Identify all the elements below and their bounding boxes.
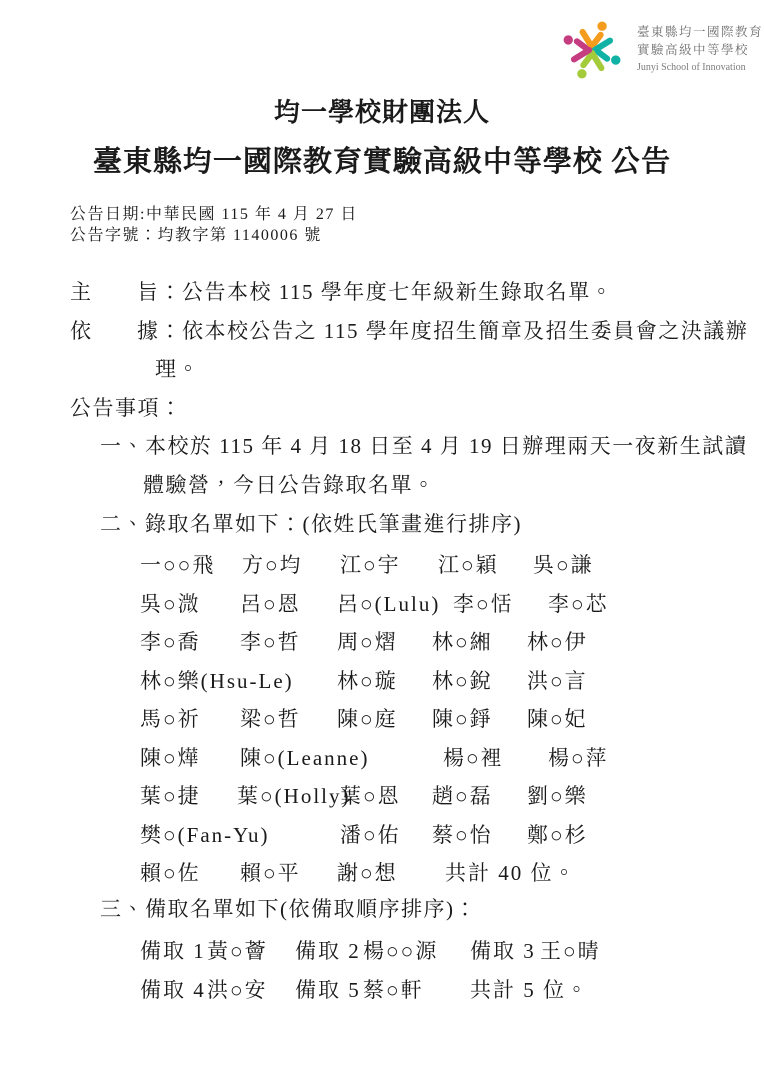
announcement-date: 公告日期:中華民國 115 年 4 月 27 日 (70, 201, 358, 224)
name-entry: 陳○(Leanne) (240, 742, 369, 772)
admitted-row: 吳○溦呂○恩呂○(Lulu)李○恬李○芯 (0, 588, 764, 618)
name-entry: 李○喬 (140, 626, 201, 656)
school-logo: 臺東縣均一國際教育 實驗高級中等學校 Junyi School of Innov… (556, 14, 763, 86)
subject-label-first: 主 (70, 279, 93, 306)
admitted-row: 賴○佐賴○平謝○想共計 40 位。 (0, 857, 764, 887)
name-entry: 洪○言 (527, 665, 588, 695)
name-entry: 共計 5 位。 (470, 974, 589, 1004)
name-entry: 趙○磊 (432, 780, 493, 810)
name-entry: 葉○捷 (140, 780, 201, 810)
name-entry: 樊○(Fan-Yu) (140, 819, 270, 849)
name-entry: 洪○安 (207, 974, 268, 1004)
name-entry: 葉○恩 (340, 780, 401, 810)
logo-school-name-line2: 實驗高級中等學校 (637, 41, 763, 59)
logo-school-name-line1: 臺東縣均一國際教育 (637, 23, 763, 41)
admitted-row: 林○樂(Hsu-Le)林○璇林○銳洪○言 (0, 665, 764, 695)
name-entry: 劉○樂 (527, 780, 588, 810)
item1-line2-text: 體驗營，今日公告錄取名單。 (143, 472, 436, 499)
waitlist-row: 備取 1黃○薈備取 2楊○○源備取 3王○晴 (0, 935, 764, 965)
basis-label-first: 依 (70, 318, 93, 345)
item3-heading-text: 三、備取名單如下(依備取順序排序)： (100, 896, 477, 923)
name-entry: 葉○(Holly) (237, 780, 351, 810)
name-entry: 林○樂(Hsu-Le) (140, 665, 294, 695)
waitlist-row: 備取 4洪○安備取 5蔡○軒共計 5 位。 (0, 974, 764, 1004)
name-entry: 備取 2 (295, 935, 361, 965)
name-entry: 陳○錚 (432, 703, 493, 733)
name-entry: 呂○(Lulu) (337, 588, 440, 618)
name-entry: 陳○妃 (527, 703, 588, 733)
name-entry: 賴○佐 (140, 857, 201, 887)
admitted-row: 陳○燁陳○(Leanne)楊○裡楊○萍 (0, 742, 764, 772)
items-heading-text: 公告事項： (70, 395, 183, 422)
name-entry: 吳○溦 (140, 588, 201, 618)
name-entry: 吳○謙 (533, 549, 594, 579)
name-entry: 林○伊 (527, 626, 588, 656)
name-entry: 江○宇 (340, 549, 401, 579)
school-logo-text: 臺東縣均一國際教育 實驗高級中等學校 Junyi School of Innov… (637, 14, 763, 75)
admitted-row: 一○○飛方○均江○宇江○穎吳○謙 (0, 549, 764, 579)
name-entry: 林○銳 (432, 665, 493, 695)
item2-heading-text: 二、錄取名單如下：(依姓氏筆畫進行排序) (100, 511, 522, 538)
name-entry: 一○○飛 (140, 549, 215, 579)
logo-school-name-english: Junyi School of Innovation (637, 61, 763, 75)
admitted-row: 馬○祈梁○哲陳○庭陳○錚陳○妃 (0, 703, 764, 733)
name-entry: 馬○祈 (140, 703, 201, 733)
basis-wrap-text: 理。 (155, 356, 200, 383)
announcement-title: 臺東縣均一國際教育實驗高級中等學校 公告 (0, 139, 764, 180)
name-entry: 陳○庭 (337, 703, 398, 733)
basis-text: 據：依本校公告之 115 學年度招生簡章及招生委員會之決議辦 (137, 318, 748, 345)
name-entry: 李○恬 (453, 588, 514, 618)
name-entry: 陳○燁 (140, 742, 201, 772)
name-entry: 潘○佑 (340, 819, 401, 849)
name-entry: 備取 4 (140, 974, 206, 1004)
name-entry: 周○熠 (337, 626, 398, 656)
name-entry: 王○晴 (540, 935, 601, 965)
name-entry: 備取 5 (295, 974, 361, 1004)
name-entry: 蔡○軒 (363, 974, 424, 1004)
name-entry: 方○均 (242, 549, 303, 579)
name-entry: 楊○裡 (443, 742, 504, 772)
name-entry: 謝○想 (337, 857, 398, 887)
subject-text: 旨：公告本校 115 學年度七年級新生錄取名單。 (137, 279, 613, 306)
announcement-page: 臺東縣均一國際教育 實驗高級中等學校 Junyi School of Innov… (0, 0, 764, 1080)
school-logo-mark-icon (556, 14, 628, 86)
name-entry: 楊○萍 (548, 742, 609, 772)
admitted-row: 葉○捷葉○(Holly)葉○恩趙○磊劉○樂 (0, 780, 764, 810)
admitted-row: 李○喬李○哲周○熠林○緗林○伊 (0, 626, 764, 656)
name-entry: 林○璇 (337, 665, 398, 695)
name-entry: 備取 1 (140, 935, 206, 965)
name-entry: 梁○哲 (240, 703, 301, 733)
name-entry: 共計 40 位。 (445, 857, 577, 887)
item1-line1-text: 一、本校於 115 年 4 月 18 日至 4 月 19 日辦理兩天一夜新生試讀 (100, 433, 747, 460)
name-entry: 李○哲 (240, 626, 301, 656)
name-entry: 賴○平 (240, 857, 301, 887)
name-entry: 黃○薈 (207, 935, 268, 965)
admitted-row: 樊○(Fan-Yu)潘○佑蔡○怡鄭○杉 (0, 819, 764, 849)
organization-title: 均一學校財團法人 (0, 92, 764, 129)
name-entry: 蔡○怡 (432, 819, 493, 849)
name-entry: 鄭○杉 (527, 819, 588, 849)
name-entry: 楊○○源 (363, 935, 438, 965)
name-entry: 江○穎 (438, 549, 499, 579)
announcement-number: 公告字號：均教字第 1140006 號 (70, 222, 322, 245)
name-entry: 李○芯 (548, 588, 609, 618)
name-entry: 林○緗 (432, 626, 493, 656)
name-entry: 備取 3 (470, 935, 536, 965)
name-entry: 呂○恩 (240, 588, 301, 618)
